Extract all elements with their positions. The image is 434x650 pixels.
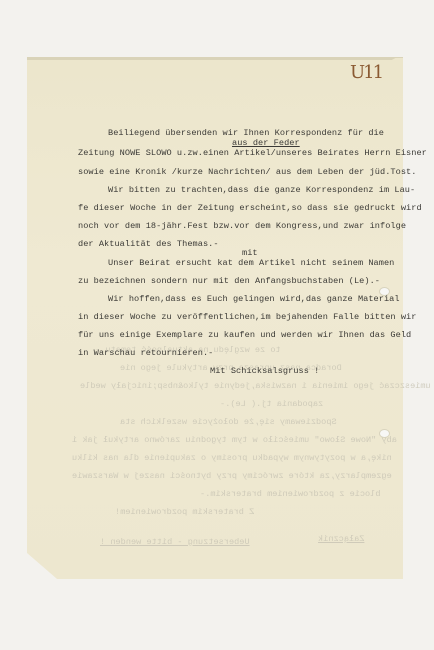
letter-line: in Warschau retournieren.- <box>78 348 213 358</box>
letter-line: Wir hoffen,dass es Euch gelingen wird,da… <box>108 294 400 304</box>
closing-salutation: Mit Schicksalsgruss ! <box>210 366 319 376</box>
bleed-line: Spodziewamy się,że dołożycie wszelkich s… <box>120 417 337 427</box>
bleed-line: aby "Nowe Słowo" umieściło w tym tygodni… <box>72 435 397 445</box>
letter-line: Unser Beirat ersucht kat dem Artikel nic… <box>108 258 394 268</box>
letter-line: sowie eine Kronik /kurze Nachrichten/ au… <box>78 167 416 177</box>
bleed-line: egzemplarzy,za które zwrócimy przy bytno… <box>72 471 392 481</box>
bleed-line: umieszczać jego imienia i nazwiska,jedyn… <box>80 381 431 391</box>
bleed-footer-left: Uebersetzung - bitte wenden ! <box>100 537 250 547</box>
interlinear-insertion: mit <box>242 248 258 258</box>
letter-line: fe dieser Woche in der Zeitung erscheint… <box>78 203 422 213</box>
letter-line: zu bezeichnen sondern nur mit den Anfang… <box>78 276 380 286</box>
letter-line: noch vor dem 18-jähr.Fest bzw.vor dem Ko… <box>78 221 406 231</box>
letter-line: der Aktualität des Themas.- <box>78 239 219 249</box>
bleed-line: blocie z pozdrowieniem braterskim.- <box>200 489 381 499</box>
letter-line: Zeitung NOWE SLOWO u.zw.einen Artikel/un… <box>78 148 427 158</box>
letter-line: in dieser Woche zu veröffentlichen,im be… <box>78 312 416 322</box>
bleed-line: Z braterskim pozdrowieniem! <box>115 507 254 517</box>
bleed-footer-right: Załącznik <box>318 534 364 544</box>
page-top-edge <box>27 57 403 60</box>
letter-line: Wir bitten zu trachten,dass die ganze Ko… <box>108 185 415 195</box>
archive-pencil-annotation: U11 <box>350 62 382 83</box>
bleed-line: zapodania tj.( Le).- <box>220 399 323 409</box>
interlinear-insertion: aus der Feder <box>232 138 300 148</box>
letter-line: für uns einige Exemplare zu kaufen und w… <box>78 330 411 340</box>
letter-line: Beiliegend übersenden wir Ihnen Korrespo… <box>108 128 384 138</box>
bleed-line: nikę,a w pozytywnym wypadku prosimy o za… <box>72 453 392 463</box>
